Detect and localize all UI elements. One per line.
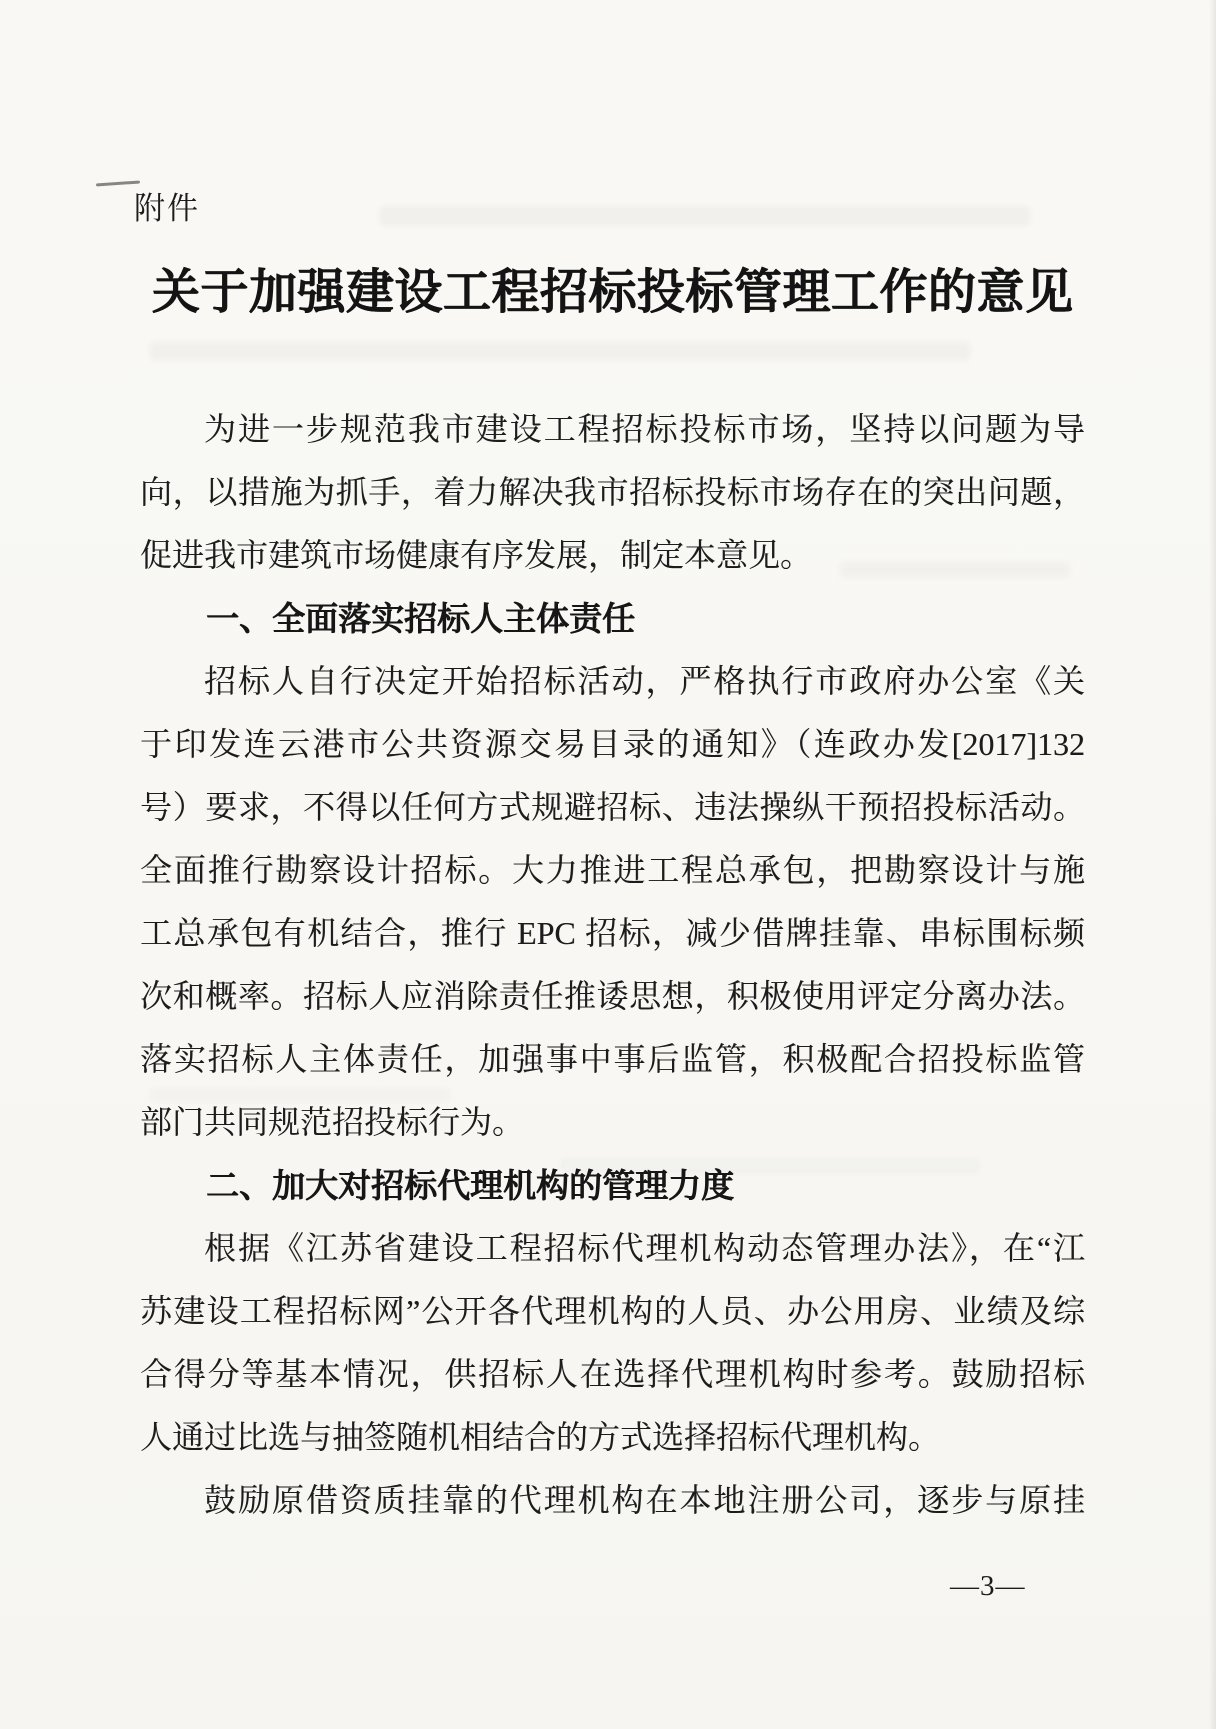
scan-artifact <box>96 180 140 186</box>
text-line: 工总承包有机结合，推行 EPC 招标，减少借牌挂靠、串标围标频 <box>140 902 1085 965</box>
text-line: 全面推行勘察设计招标。大力推进工程总承包，把勘察设计与施 <box>140 839 1085 902</box>
page-number: —3— <box>950 1566 1026 1606</box>
text-line: 落实招标人主体责任，加强事中事后监管，积极配合招投标监管 <box>140 1028 1085 1091</box>
text-line: 人通过比选与抽签随机相结合的方式选择招标代理机构。 <box>140 1406 1085 1469</box>
text-line: 向，以措施为抓手，着力解决我市招标投标市场存在的突出问题， <box>140 461 1085 524</box>
document-body: 为进一步规范我市建设工程招标投标市场，坚持以问题为导向，以措施为抓手，着力解决我… <box>140 398 1085 1532</box>
text-line: 于印发连云港市公共资源交易目录的通知》（连政办发[2017]132 <box>140 713 1085 776</box>
paper-edge-shadow <box>1209 0 1216 1729</box>
attachment-label: 附件 <box>134 188 200 230</box>
section-heading: 一、全面落实招标人主体责任 <box>140 587 1085 650</box>
text-line: 为进一步规范我市建设工程招标投标市场，坚持以问题为导 <box>140 398 1085 461</box>
text-line: 促进我市建筑市场健康有序发展，制定本意见。 <box>140 524 1085 587</box>
text-line: 合得分等基本情况，供招标人在选择代理机构时参考。鼓励招标 <box>140 1343 1085 1406</box>
section-heading: 二、加大对招标代理机构的管理力度 <box>140 1154 1085 1217</box>
text-line: 号）要求，不得以任何方式规避招标、违法操纵干预招投标活动。 <box>140 776 1085 839</box>
text-line: 部门共同规范招投标行为。 <box>140 1091 1085 1154</box>
bleedthrough-artifact <box>380 206 1030 226</box>
text-line: 根据《江苏省建设工程招标代理机构动态管理办法》，在“江 <box>140 1217 1085 1280</box>
bleedthrough-artifact <box>150 342 970 360</box>
scanned-document-page: 附件 关于加强建设工程招标投标管理工作的意见 为进一步规范我市建设工程招标投标市… <box>0 0 1216 1729</box>
text-line: 鼓励原借资质挂靠的代理机构在本地注册公司，逐步与原挂 <box>140 1469 1085 1532</box>
text-line: 招标人自行决定开始招标活动，严格执行市政府办公室《关 <box>140 650 1085 713</box>
text-line: 苏建设工程招标网”公开各代理机构的人员、办公用房、业绩及综 <box>140 1280 1085 1343</box>
text-line: 次和概率。招标人应消除责任推诿思想，积极使用评定分离办法。 <box>140 965 1085 1028</box>
document-title: 关于加强建设工程招标投标管理工作的意见 <box>140 262 1085 324</box>
